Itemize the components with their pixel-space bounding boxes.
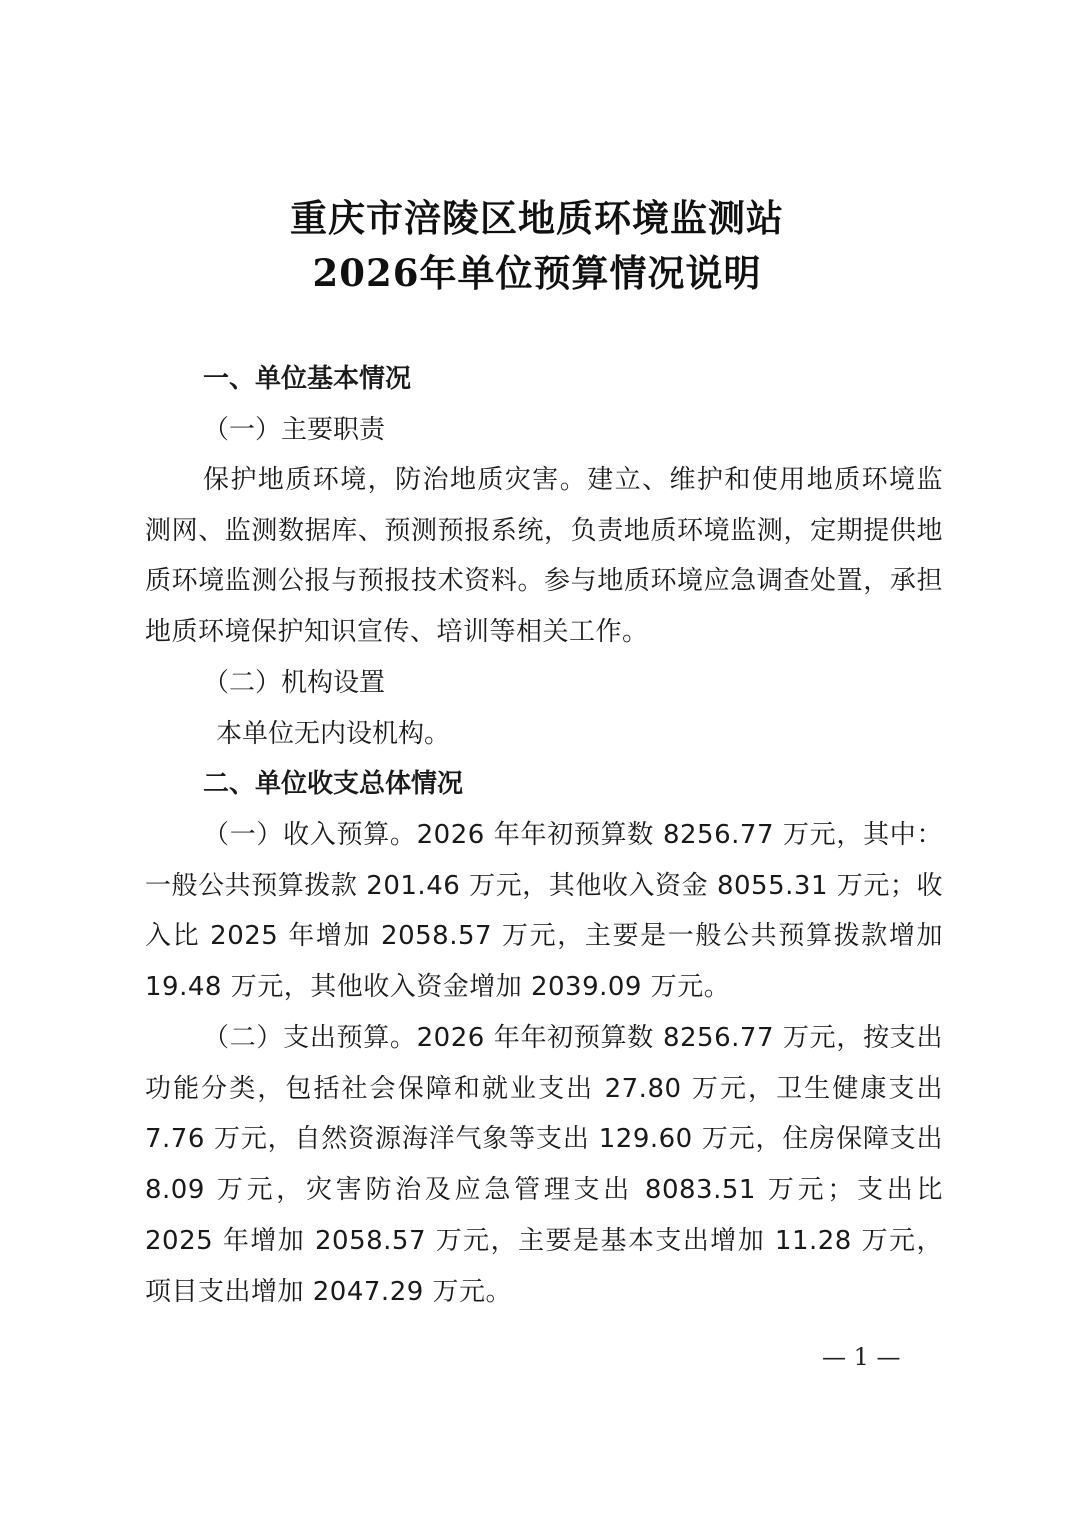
section-heading-basic-info: 一、单位基本情况: [203, 354, 1001, 404]
paragraph-income-budget: （一）收入预算。2026 年年初预算数 8256.77 万元，其中：一般公共预算…: [145, 810, 943, 1013]
page-number: — 1 —: [822, 1342, 901, 1372]
document-title-line-2: 2026年单位预算情况说明: [0, 248, 1074, 298]
section-heading-budget-overview: 二、单位收支总体情况: [203, 759, 1001, 809]
expenditure-budget-heading: （二）支出预算。: [203, 1023, 417, 1053]
paragraph-organization: 本单位无内设机构。: [216, 709, 1014, 759]
document-title-line-1: 重庆市涪陵区地质环境监测站: [0, 193, 1074, 243]
expenditure-budget-text: 2026 年年初预算数 8256.77 万元，按支出功能分类，包括社会保障和就业…: [145, 1023, 943, 1307]
subsection-heading-organization: （二）机构设置: [203, 658, 1001, 708]
paragraph-duties: 保护地质环境，防治地质灾害。建立、维护和使用地质环境监测网、监测数据库、预测预报…: [145, 455, 943, 658]
income-budget-heading: （一）收入预算。: [203, 820, 417, 850]
document-page: 重庆市涪陵区地质环境监测站 2026年单位预算情况说明 一、单位基本情况 （一）…: [0, 0, 1074, 1520]
subsection-heading-duties: （一）主要职责: [203, 405, 1001, 455]
paragraph-expenditure-budget: （二）支出预算。2026 年年初预算数 8256.77 万元，按支出功能分类，包…: [145, 1013, 943, 1317]
